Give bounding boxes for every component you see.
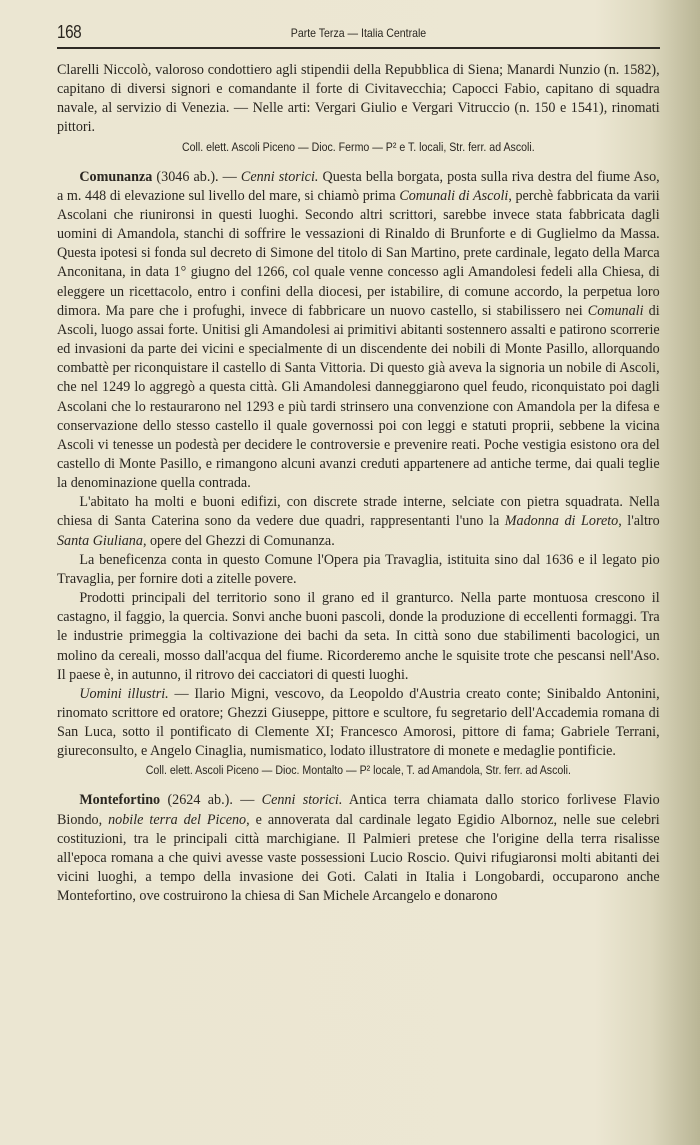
running-title: Parte Terza — Italia Centrale [93,26,624,40]
montefortino-paragraph-1: Montefortino (2624 ab.). — Cenni storici… [57,790,660,905]
intro-coll-line: Coll. elett. Ascoli Piceno — Dioc. Fermo… [81,138,635,157]
section-heading: Cenni storici. [241,168,318,185]
comunanza-paragraph-2: L'abitato ha molti e buoni edifizi, con … [57,492,660,549]
comunanza-coll-line: Coll. elett. Ascoli Piceno — Dioc. Monta… [81,761,635,780]
comunanza-paragraph-4: Prodotti principali del territorio sono … [57,588,660,684]
entry-name-montefortino: Montefortino [79,791,160,808]
section-heading: Cenni storici. [262,791,343,808]
comunanza-paragraph-3: La beneficenza conta in questo Comune l'… [57,550,660,588]
body-text: Clarelli Niccolò, valoroso condottiero a… [57,60,660,905]
comunanza-paragraph-5: Uomini illustri. — Ilario Migni, vescovo… [57,684,660,761]
intro-paragraph: Clarelli Niccolò, valoroso condottiero a… [57,60,660,137]
section-heading: Uomini illustri. [79,685,168,702]
comunanza-paragraph-1: Comunanza (3046 ab.). — Cenni storici. Q… [57,167,660,493]
entry-name-comunanza: Comunanza [79,168,152,185]
header-rule [57,47,660,49]
running-head: 168 Parte Terza — Italia Centrale [57,22,660,46]
page-number: 168 [57,22,81,43]
